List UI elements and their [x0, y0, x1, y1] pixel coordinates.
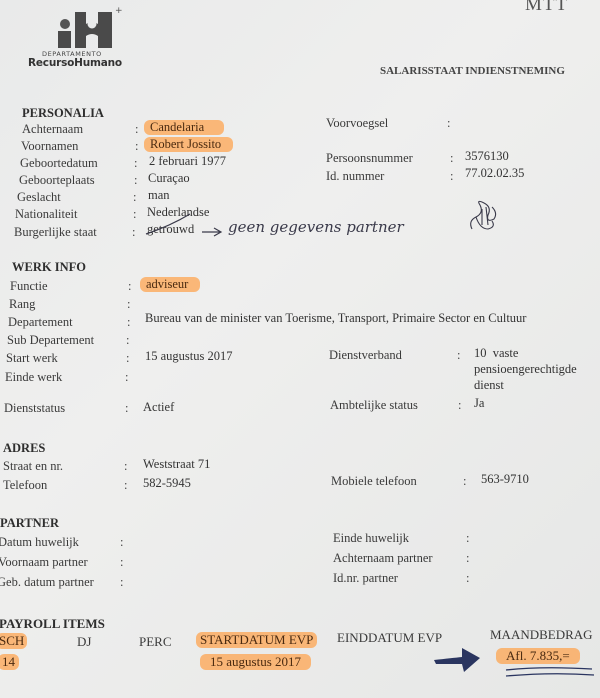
value-geslacht: man — [148, 188, 170, 203]
label-start-werk: Start werk — [6, 351, 58, 366]
column-header-startdatum-evp: STARTDATUM EVP — [196, 632, 317, 648]
hand-drawn-arrow-right-icon — [432, 640, 484, 676]
value-achternaam: Candelaria — [144, 120, 224, 135]
colon: : — [134, 173, 137, 188]
label-achternaam: Achternaam — [22, 122, 83, 137]
colon: : — [466, 531, 469, 546]
value-functie: adviseur — [140, 277, 200, 292]
column-header-einddatum-evp: EINDDATUM EVP — [337, 630, 442, 646]
cell-startdatum-evp: 15 augustus 2017 — [200, 654, 311, 670]
colon: : — [125, 401, 128, 416]
label-burgerlijke-staat: Burgerlijke staat — [14, 225, 97, 240]
label-rang: Rang — [9, 297, 35, 312]
svg-text:+: + — [115, 6, 122, 16]
section-title-payroll: PAYROLL ITEMS — [0, 616, 105, 632]
value-geboorteplaats: Curaçao — [148, 171, 190, 186]
label-persoonsnummer: Persoonsnummer — [326, 151, 413, 166]
colon: : — [127, 315, 130, 330]
colon: : — [126, 333, 129, 348]
colon: : — [133, 190, 136, 205]
label-telefoon: Telefoon — [3, 478, 47, 493]
initials-signature-icon — [466, 199, 500, 235]
section-title-adres: ADRES — [3, 441, 45, 456]
colon: : — [457, 348, 460, 363]
colon: : — [125, 370, 128, 385]
value-id-nummer: 77.02.02.35 — [465, 166, 524, 181]
corner-code: MTT — [525, 0, 568, 16]
section-title-werk-info: WERK INFO — [12, 260, 86, 275]
value-telefoon: 582-5945 — [143, 476, 191, 491]
label-voornamen: Voornamen — [21, 139, 78, 154]
label-geboortedatum: Geboortedatum — [20, 156, 98, 171]
label-dienstverband: Dienstverband — [329, 348, 402, 363]
value-departement: Bureau van de minister van Toerisme, Tra… — [145, 311, 526, 326]
colon: : — [458, 398, 461, 413]
colon: : — [120, 575, 123, 590]
label-achternaam-partner: Achternaam partner — [333, 551, 433, 566]
colon: : — [124, 459, 127, 474]
column-header-sch: SCH — [0, 633, 27, 649]
section-title-personalia: PERSONALIA — [22, 106, 104, 121]
label-id-nr-partner: Id.nr. partner — [333, 571, 398, 586]
label-dienststatus: Dienststatus — [4, 401, 65, 416]
section-title-partner: PARTNER — [0, 516, 59, 531]
label-voornaam-partner: Voornaam partner — [0, 555, 88, 570]
value-dienstverband-line-1: 10 vaste — [474, 346, 518, 361]
colon: : — [466, 551, 469, 566]
colon: : — [128, 279, 131, 294]
label-geslacht: Geslacht — [17, 190, 61, 205]
label-einde-werk: Einde werk — [5, 370, 62, 385]
value-dienstverband-line-3: dienst — [474, 378, 504, 393]
logo-name: RecursoHumano — [28, 57, 122, 69]
value-voornamen: Robert Jossito — [144, 137, 233, 152]
rh-people-logo-icon: + — [42, 4, 122, 50]
value-geboortedatum: 2 februari 1977 — [149, 154, 226, 169]
document-title: SALARISSTAAT INDIENSTNEMING — [380, 65, 565, 77]
colon: : — [450, 169, 453, 184]
label-einde-huwelijk: Einde huwelijk — [333, 531, 409, 546]
colon: : — [135, 139, 138, 154]
value-dienstverband-line-2: pensioengerechtigde — [474, 362, 577, 377]
colon: : — [120, 535, 123, 550]
label-nationaliteit: Nationaliteit — [15, 207, 77, 222]
cell-sch: 14 — [0, 654, 19, 670]
colon: : — [135, 122, 138, 137]
column-header-dj: DJ — [77, 634, 91, 650]
colon: : — [466, 571, 469, 586]
label-geboorteplaats: Geboorteplaats — [19, 173, 95, 188]
label-datum-huwelijk: Datum huwelijk — [0, 535, 79, 550]
colon: : — [133, 207, 136, 222]
label-id-nummer: Id. nummer — [326, 169, 384, 184]
colon: : — [132, 225, 135, 240]
colon: : — [127, 297, 130, 312]
label-mobiele-telefoon: Mobiele telefoon — [331, 474, 417, 489]
label-geb-datum-partner: Geb. datum partner — [0, 575, 94, 590]
label-ambtelijke-status: Ambtelijke status — [330, 398, 418, 413]
label-straat: Straat en nr. — [3, 459, 63, 474]
colon: : — [463, 474, 466, 489]
column-header-perc: PERC — [139, 634, 172, 650]
colon: : — [120, 555, 123, 570]
colon: : — [134, 156, 137, 171]
value-dienststatus: Actief — [143, 400, 174, 415]
double-underline-mark — [502, 666, 598, 680]
value-start-werk: 15 augustus 2017 — [145, 349, 233, 364]
label-sub-departement: Sub Departement — [7, 333, 94, 348]
cell-maandbedrag: Afl. 7.835,= — [496, 648, 580, 664]
handwritten-arrow-icon — [200, 225, 226, 239]
handwritten-note: geen gegevens partner — [228, 218, 404, 236]
label-functie: Functie — [10, 279, 48, 294]
label-voorvoegsel: Voorvoegsel — [326, 116, 388, 131]
colon: : — [450, 151, 453, 166]
colon: : — [126, 351, 129, 366]
value-mobiele-telefoon: 563-9710 — [481, 472, 529, 487]
value-straat: Weststraat 71 — [143, 457, 210, 472]
value-ambtelijke-status: Ja — [474, 396, 484, 411]
colon: : — [447, 116, 450, 131]
label-departement: Departement — [8, 315, 73, 330]
logo: + DEPARTAMENTO RecursoHumano — [28, 4, 128, 68]
column-header-maandbedrag: MAANDBEDRAG — [490, 627, 593, 643]
value-persoonsnummer: 3576130 — [465, 149, 509, 164]
colon: : — [124, 478, 127, 493]
